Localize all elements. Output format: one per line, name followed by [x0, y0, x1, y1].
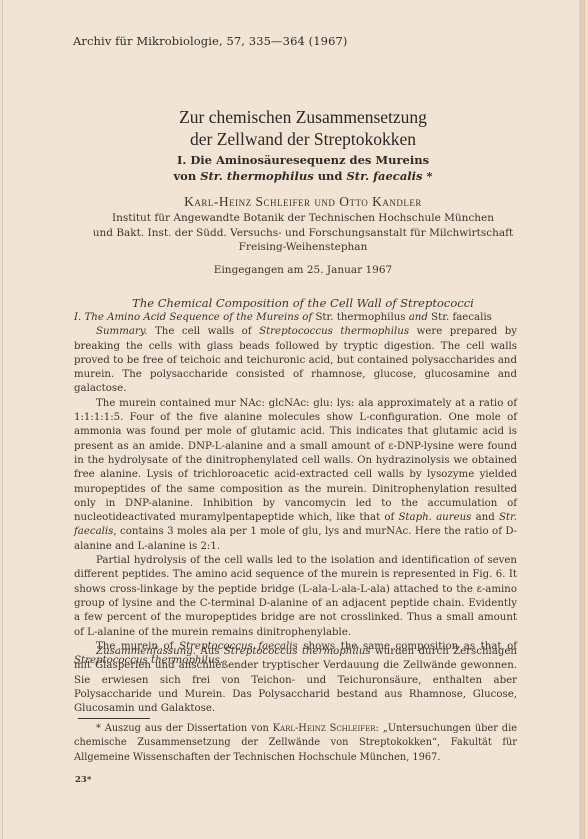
- species-name: Str. thermophilus: [200, 169, 314, 183]
- text: -alanine and a small amount of ε-DNP-lys…: [74, 441, 517, 523]
- title-line-2: der Zellwand der Streptokokken: [3, 128, 588, 150]
- article-subtitle: I. Die Aminosäuresequenz des Mureins von…: [3, 152, 588, 184]
- authors: Karl-Heinz Schleifer und Otto Kandler: [3, 194, 588, 210]
- summary-paragraph-1: Summary. The cell walls of Streptococcus…: [74, 325, 517, 396]
- config-letter: D: [259, 598, 267, 609]
- summary-paragraph-3: Partial hydrolysis of the cell walls led…: [74, 554, 517, 640]
- footnote-text: * Auszug aus der Dissertation von Karl-H…: [74, 722, 517, 765]
- species-name: Streptococcus thermophilus: [224, 646, 371, 657]
- subtitle-line-1: I. Die Aminosäuresequenz des Mureins: [3, 152, 588, 168]
- institution-line: Institut für Angewandte Botanik der Tech…: [3, 211, 588, 226]
- species-name: Str. thermophilus: [312, 312, 409, 323]
- signature-mark: 23*: [75, 775, 91, 785]
- text: -alanine is 2:1.: [144, 541, 220, 552]
- received-date: Eingegangen am 25. Januar 1967: [3, 264, 588, 276]
- species-name: Staph. aureus: [398, 512, 471, 523]
- text: * Auszug aus der Dissertation von: [96, 723, 273, 734]
- text: Aus: [196, 646, 224, 657]
- journal-citation: Archiv für Mikrobiologie, 57, 335—364 (1…: [73, 34, 348, 48]
- article-title: Zur chemischen Zusammensetzung der Zellw…: [3, 106, 588, 150]
- config-letter: L: [215, 441, 222, 452]
- text: The cell walls of: [147, 326, 259, 337]
- config-letter: L: [87, 627, 94, 638]
- species-name: Str. faecalis: [428, 312, 492, 323]
- german-summary: Zusammenfassung. Aus Streptococcus therm…: [74, 645, 517, 716]
- summary-paragraph-2: The murein contained mur NAc: glcNAc: gl…: [74, 397, 517, 554]
- english-summary: I. The Amino Acid Sequence of the Murein…: [74, 311, 517, 668]
- text: , contains 3 moles ala per 1 mole of glu…: [113, 526, 505, 537]
- summary-label: Summary.: [96, 326, 147, 337]
- text: and: [471, 512, 499, 523]
- text: -alanine of the murein remains dinitroph…: [94, 627, 351, 638]
- peptide-bridge: L-ala-L-ala-L-ala: [302, 584, 386, 595]
- footnote-divider: [78, 718, 150, 719]
- subtitle-text: and: [409, 312, 428, 323]
- zusammenfassung-label: Zusammenfassung.: [96, 646, 196, 657]
- english-title: The Chemical Composition of the Cell Wal…: [3, 296, 588, 310]
- species-name: Streptococcus thermophilus: [259, 326, 409, 337]
- config-letter: D: [505, 526, 513, 537]
- english-subtitle: I. The Amino Acid Sequence of the Murein…: [74, 311, 517, 325]
- institution-line: Freising-Weihenstephan: [3, 240, 588, 255]
- subtitle-text: I. The Amino Acid Sequence of the Murein…: [74, 312, 312, 323]
- institution: Institut für Angewandte Botanik der Tech…: [3, 211, 588, 255]
- footnote-marker: *: [422, 169, 432, 183]
- author-name: Karl-Heinz Schleifer: [273, 723, 376, 734]
- subtitle-text: von: [173, 169, 200, 183]
- footnote: * Auszug aus der Dissertation von Karl-H…: [74, 722, 517, 765]
- species-name: Str. faecalis: [346, 169, 422, 183]
- paper-page: Archiv für Mikrobiologie, 57, 335—364 (1…: [2, 0, 585, 839]
- zusammenfassung-paragraph: Zusammenfassung. Aus Streptococcus therm…: [74, 645, 517, 716]
- institution-line: und Bakt. Inst. der Südd. Versuchs- und …: [3, 226, 588, 241]
- title-line-1: Zur chemischen Zusammensetzung: [3, 106, 588, 128]
- subtitle-line-2: von Str. thermophilus und Str. faecalis …: [3, 168, 588, 184]
- subtitle-text: und: [314, 169, 347, 183]
